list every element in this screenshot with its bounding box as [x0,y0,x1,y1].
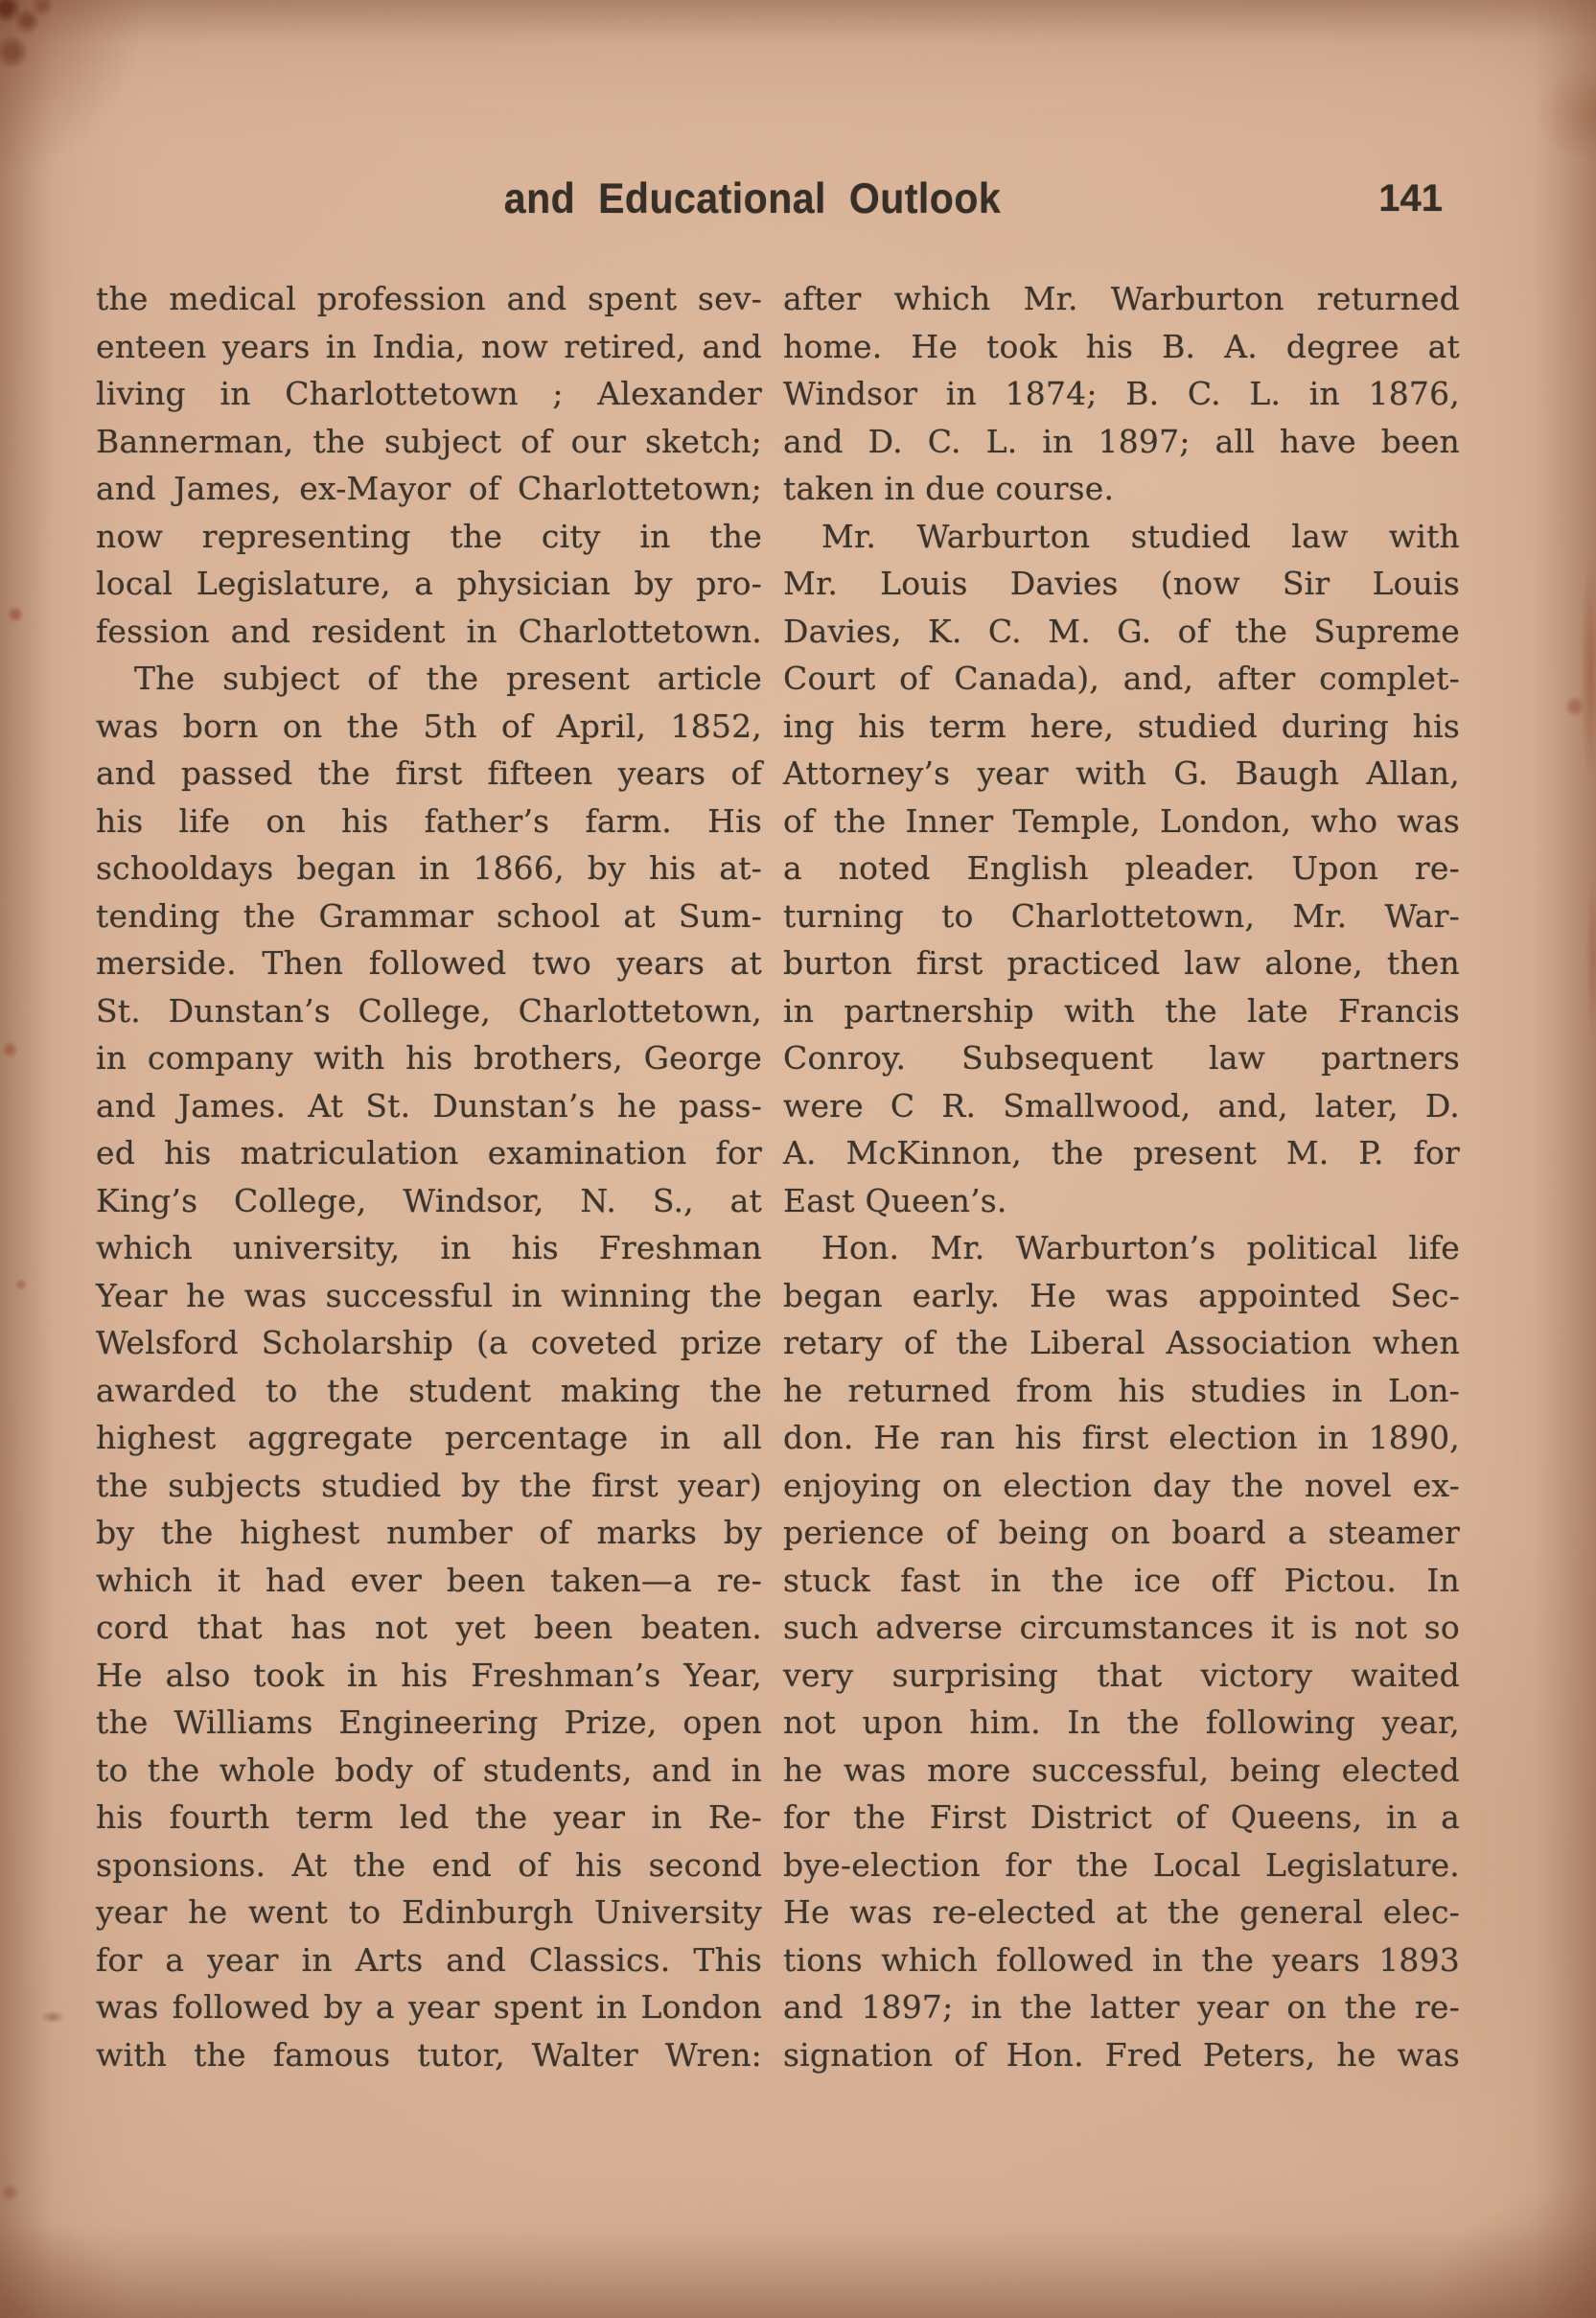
text-line: tions which followed in the years 1893 [783,1936,1460,1984]
text-line: and James, ex-Mayor of Charlottetown; [96,465,762,513]
text-line: which university, in his Freshman [96,1224,762,1272]
text-line: burton first practiced law alone, then [783,939,1460,987]
text-line: now representing the city in the [96,513,762,561]
text-line: the subjects studied by the first year) [96,1462,762,1510]
page-header: and Educational Outlook 141 [62,176,1443,228]
text-line: local Legislature, a physician by pro- [96,560,762,608]
text-line: He also took in his Freshman’s Year, [96,1652,762,1700]
text-line: his fourth term led the year in Re- [96,1794,762,1842]
text-line: A. McKinnon, the present M. P. for [783,1129,1460,1177]
text-line: taken in due course. [783,465,1460,513]
text-line: He was re-elected at the general elec- [783,1889,1460,1936]
text-line: with the famous tutor, Walter Wren: [96,2031,762,2079]
text-line: bye-election for the Local Legislature. [783,1842,1460,1889]
text-line: he was more successful, being elected [783,1747,1460,1795]
text-line: awarded to the student making the [96,1367,762,1415]
text-line: enjoying on election day the novel ex- [783,1462,1460,1510]
text-column-left: the medical profession and spent sev-ent… [96,275,762,2078]
text-line: fession and resident in Charlottetown. [96,608,762,656]
text-line: Bannerman, the subject of our sketch; [96,418,762,466]
text-line: a noted English pleader. Upon re- [783,845,1460,892]
text-line: East Queen’s. [783,1177,1460,1225]
text-line: to the whole body of students, and in [96,1747,762,1795]
text-line: and 1897; in the latter year on the re- [783,1983,1460,2031]
text-line: the Williams Engineering Prize, open [96,1699,762,1747]
text-line: and James. At St. Dunstan’s he pass- [96,1082,762,1130]
text-line: the medical profession and spent sev- [96,275,762,323]
text-line: was followed by a year spent in London [96,1983,762,2031]
text-line: he returned from his studies in Lon- [783,1367,1460,1415]
text-line: and D. C. L. in 1897; all have been [783,418,1460,466]
text-line: enteen years in India, now retired, and [96,323,762,371]
text-line: signation of Hon. Fred Peters, he was [783,2031,1460,2079]
text-line: tending the Grammar school at Sum- [96,892,762,940]
text-line: not upon him. In the following year, [783,1699,1460,1747]
text-line: Hon. Mr. Warburton’s political life [783,1224,1460,1272]
text-line: Windsor in 1874; B. C. L. in 1876, [783,370,1460,418]
text-line: cord that has not yet been beaten. [96,1604,762,1652]
text-line: home. He took his B. A. degree at [783,323,1460,371]
text-line: for the First District of Queens, in a [783,1794,1460,1842]
text-line: very surprising that victory waited [783,1652,1460,1700]
text-line: highest aggregate percentage in all [96,1414,762,1462]
text-line: in partnership with the late Francis [783,987,1460,1035]
text-line: Mr. Louis Davies (now Sir Louis [783,560,1460,608]
text-line: began early. He was appointed Sec- [783,1272,1460,1320]
text-line: his life on his father’s farm. His [96,798,762,846]
page-number: 141 [1378,177,1443,220]
text-line: King’s College, Windsor, N. S., at [96,1177,762,1225]
text-line: of the Inner Temple, London, who was [783,798,1460,846]
text-line: and passed the first fifteen years of [96,750,762,798]
text-line: St. Dunstan’s College, Charlottetown, [96,987,762,1035]
scanned-book-page: and Educational Outlook 141 the medical … [0,0,1596,2318]
text-line: Year he was successful in winning the [96,1272,762,1320]
text-line: merside. Then followed two years at [96,939,762,987]
text-line: year he went to Edinburgh University [96,1889,762,1936]
text-line: for a year in Arts and Classics. This [96,1936,762,1984]
text-line: were C R. Smallwood, and, later, D. [783,1082,1460,1130]
text-line: by the highest number of marks by [96,1509,762,1557]
text-line: such adverse circumstances it is not so [783,1604,1460,1652]
text-line: was born on the 5th of April, 1852, [96,703,762,751]
text-line: in company with his brothers, George [96,1034,762,1082]
text-line: stuck fast in the ice off Pictou. In [783,1557,1460,1605]
text-line: after which Mr. Warburton returned [783,275,1460,323]
text-line: living in Charlottetown ; Alexander [96,370,762,418]
text-line: Welsford Scholarship (a coveted prize [96,1319,762,1367]
text-line: sponsions. At the end of his second [96,1842,762,1889]
text-line: Conroy. Subsequent law partners [783,1034,1460,1082]
text-line: Court of Canada), and, after complet- [783,655,1460,703]
text-line: Attorney’s year with G. Baugh Allan, [783,750,1460,798]
text-line: Davies, K. C. M. G. of the Supreme [783,608,1460,656]
text-line: retary of the Liberal Association when [783,1319,1460,1367]
running-header-title: and Educational Outlook [62,174,1443,223]
text-line: schooldays began in 1866, by his at- [96,845,762,892]
text-line: which it had ever been taken—a re- [96,1557,762,1605]
text-line: Mr. Warburton studied law with [783,513,1460,561]
text-line: perience of being on board a steamer [783,1509,1460,1557]
text-line: ed his matriculation examination for [96,1129,762,1177]
text-line: don. He ran his first election in 1890, [783,1414,1460,1462]
text-line: turning to Charlottetown, Mr. War- [783,892,1460,940]
text-column-right: after which Mr. Warburton returnedhome. … [783,275,1460,2078]
text-line: ing his term here, studied during his [783,703,1460,751]
text-line: The subject of the present article [96,655,762,703]
